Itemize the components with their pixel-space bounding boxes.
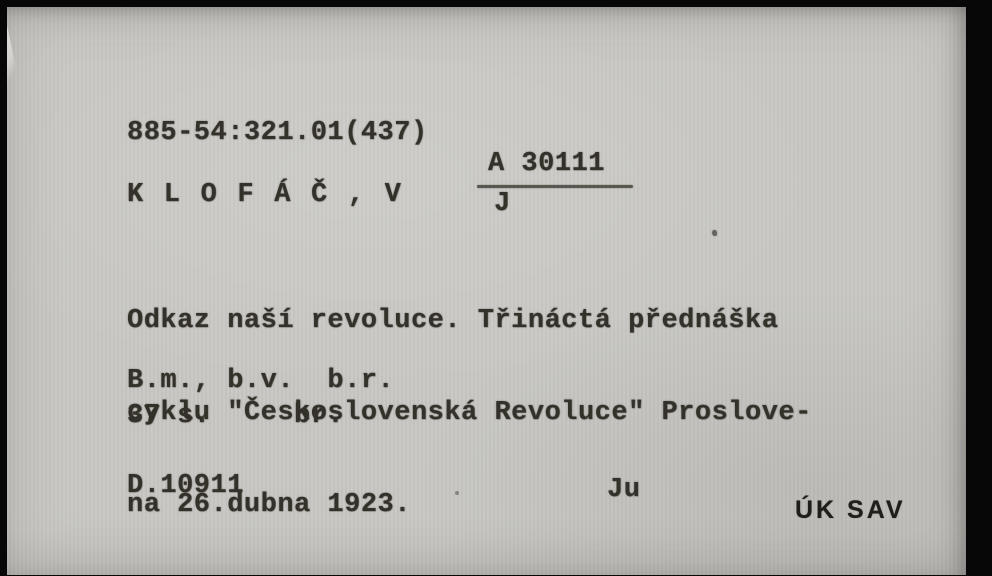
card-corner-tear [7, 25, 20, 87]
catalog-card: 885-54:321.01(437) K L O F Á Č , V A 301… [7, 7, 966, 575]
library-stamp: ÚK SAV [795, 496, 906, 525]
scanner-background: { "card": { "classification": "885-54:32… [0, 0, 992, 576]
author-heading: K L O F Á Č , V [127, 182, 403, 209]
cataloguer-initials: Ju [607, 477, 640, 504]
imprint-line: B.m., b.v. b.r. [127, 368, 394, 395]
ink-speck [455, 491, 459, 495]
call-number-shelf: A 30111 [488, 151, 605, 178]
call-number-divider-line [477, 185, 633, 188]
collation-line: 37 s. br. [127, 403, 344, 430]
classification-number: 885-54:321.01(437) [127, 120, 428, 147]
title-line-1: Odkaz naší revoluce. Třináctá přednáška [127, 302, 812, 340]
ink-speck [712, 230, 717, 236]
accession-number: D.10911 [127, 473, 244, 500]
call-number-location: J [494, 191, 511, 218]
